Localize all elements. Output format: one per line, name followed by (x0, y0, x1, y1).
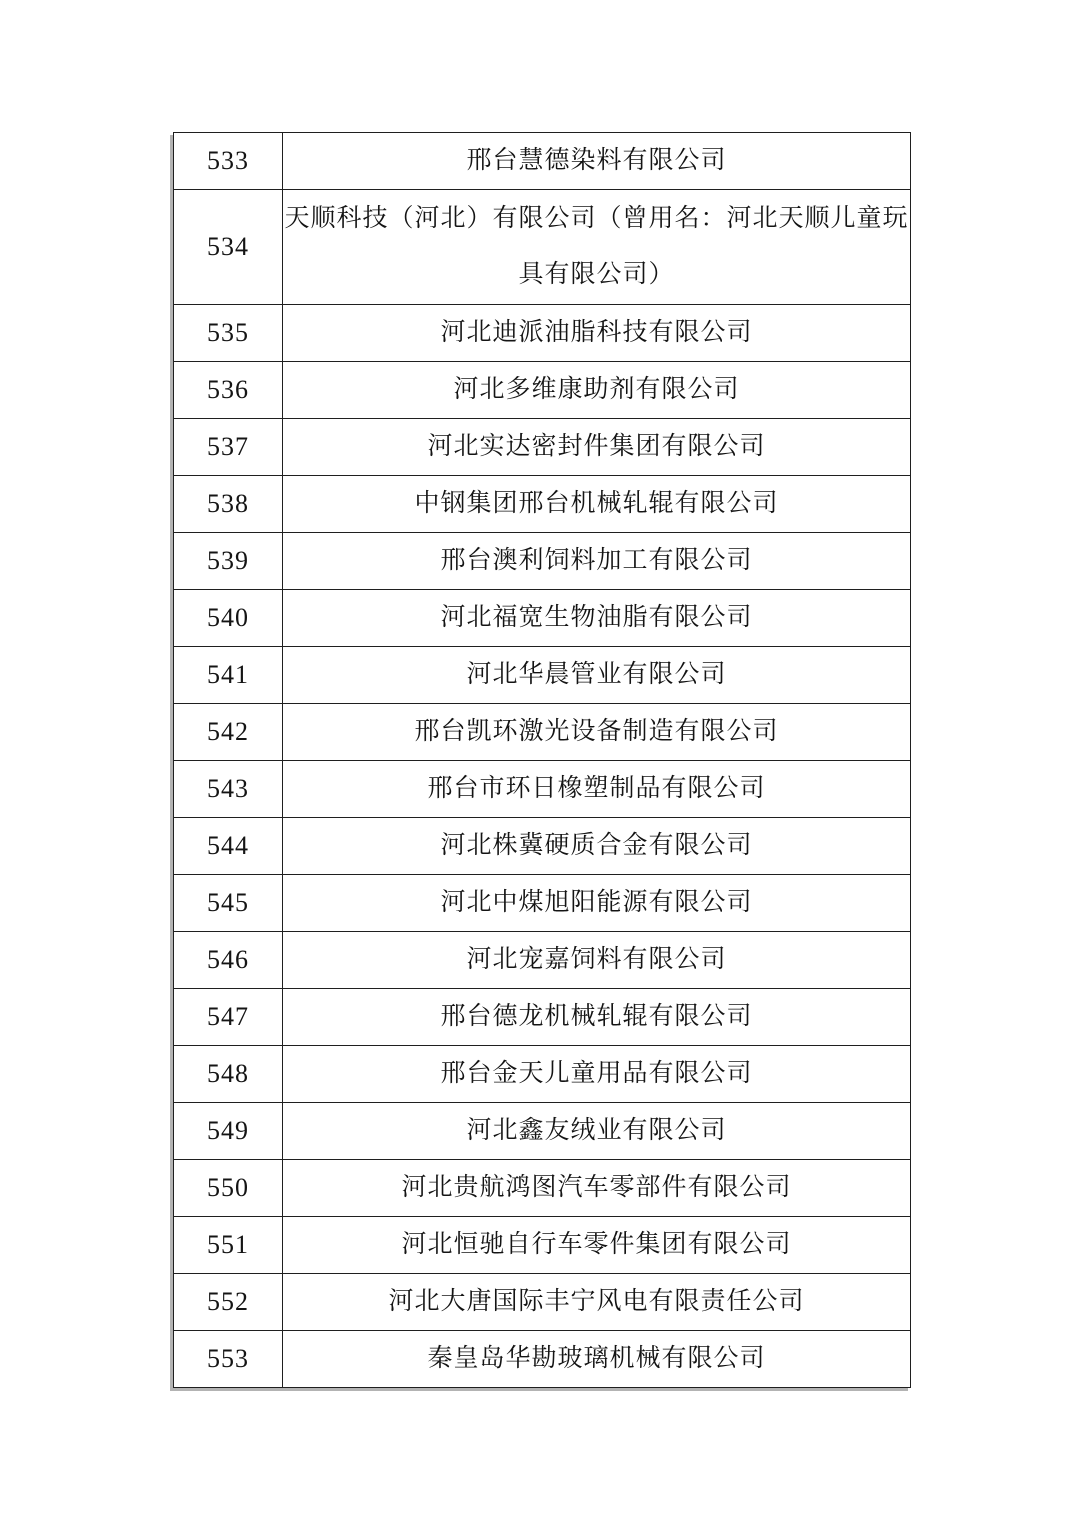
table-row: 546 河北宠嘉饲料有限公司 (174, 932, 911, 989)
company-name-cell: 河北鑫友绒业有限公司 (283, 1103, 911, 1160)
company-name-cell: 邢台市环日橡塑制品有限公司 (283, 761, 911, 818)
row-number-cell: 552 (174, 1274, 283, 1331)
table-row: 552 河北大唐国际丰宁风电有限责任公司 (174, 1274, 911, 1331)
row-number-cell: 543 (174, 761, 283, 818)
table-row: 548 邢台金天儿童用品有限公司 (174, 1046, 911, 1103)
row-number-cell: 537 (174, 419, 283, 476)
company-name-cell: 河北中煤旭阳能源有限公司 (283, 875, 911, 932)
company-name-cell: 中钢集团邢台机械轧辊有限公司 (283, 476, 911, 533)
company-name-cell: 邢台凯环激光设备制造有限公司 (283, 704, 911, 761)
row-number-cell: 539 (174, 533, 283, 590)
company-name-cell: 河北迪派油脂科技有限公司 (283, 305, 911, 362)
company-name-cell: 河北恒驰自行车零件集团有限公司 (283, 1217, 911, 1274)
company-name-cell: 天顺科技（河北）有限公司（曾用名：河北天顺儿童玩具有限公司） (283, 190, 911, 305)
company-table: 533 邢台慧德染料有限公司 534 天顺科技（河北）有限公司（曾用名：河北天顺… (173, 132, 911, 1388)
table-row: 551 河北恒驰自行车零件集团有限公司 (174, 1217, 911, 1274)
table-row: 549 河北鑫友绒业有限公司 (174, 1103, 911, 1160)
row-number-cell: 545 (174, 875, 283, 932)
row-number-cell: 535 (174, 305, 283, 362)
table-body: 533 邢台慧德染料有限公司 534 天顺科技（河北）有限公司（曾用名：河北天顺… (174, 133, 911, 1388)
row-number-cell: 536 (174, 362, 283, 419)
table-row: 535 河北迪派油脂科技有限公司 (174, 305, 911, 362)
table-row: 539 邢台澳利饲料加工有限公司 (174, 533, 911, 590)
company-name-cell: 河北贵航鸿图汽车零部件有限公司 (283, 1160, 911, 1217)
table-row: 540 河北福宽生物油脂有限公司 (174, 590, 911, 647)
table-row: 538 中钢集团邢台机械轧辊有限公司 (174, 476, 911, 533)
row-number-cell: 540 (174, 590, 283, 647)
company-name-cell: 河北华晨管业有限公司 (283, 647, 911, 704)
row-number-cell: 547 (174, 989, 283, 1046)
row-number-cell: 548 (174, 1046, 283, 1103)
table-row: 534 天顺科技（河北）有限公司（曾用名：河北天顺儿童玩具有限公司） (174, 190, 911, 305)
table-row: 537 河北实达密封件集团有限公司 (174, 419, 911, 476)
table-row: 543 邢台市环日橡塑制品有限公司 (174, 761, 911, 818)
company-name-cell: 邢台金天儿童用品有限公司 (283, 1046, 911, 1103)
table-row: 541 河北华晨管业有限公司 (174, 647, 911, 704)
row-number-cell: 550 (174, 1160, 283, 1217)
company-name-cell: 秦皇岛华勘玻璃机械有限公司 (283, 1331, 911, 1388)
table-row: 533 邢台慧德染料有限公司 (174, 133, 911, 190)
row-number-cell: 553 (174, 1331, 283, 1388)
row-number-cell: 538 (174, 476, 283, 533)
table-row: 553 秦皇岛华勘玻璃机械有限公司 (174, 1331, 911, 1388)
table-row: 536 河北多维康助剂有限公司 (174, 362, 911, 419)
company-name-cell: 河北株冀硬质合金有限公司 (283, 818, 911, 875)
table-row: 550 河北贵航鸿图汽车零部件有限公司 (174, 1160, 911, 1217)
company-name-cell: 河北宠嘉饲料有限公司 (283, 932, 911, 989)
company-name-cell: 河北多维康助剂有限公司 (283, 362, 911, 419)
company-name-cell: 邢台澳利饲料加工有限公司 (283, 533, 911, 590)
table-row: 545 河北中煤旭阳能源有限公司 (174, 875, 911, 932)
row-number-cell: 534 (174, 190, 283, 305)
row-number-cell: 533 (174, 133, 283, 190)
company-name-cell: 河北福宽生物油脂有限公司 (283, 590, 911, 647)
company-name-cell: 邢台德龙机械轧辊有限公司 (283, 989, 911, 1046)
row-number-cell: 544 (174, 818, 283, 875)
row-number-cell: 551 (174, 1217, 283, 1274)
table-row: 547 邢台德龙机械轧辊有限公司 (174, 989, 911, 1046)
row-number-cell: 549 (174, 1103, 283, 1160)
company-name-cell: 河北实达密封件集团有限公司 (283, 419, 911, 476)
company-name-cell: 邢台慧德染料有限公司 (283, 133, 911, 190)
row-number-cell: 541 (174, 647, 283, 704)
table-row: 544 河北株冀硬质合金有限公司 (174, 818, 911, 875)
table-row: 542 邢台凯环激光设备制造有限公司 (174, 704, 911, 761)
row-number-cell: 546 (174, 932, 283, 989)
document-page: 533 邢台慧德染料有限公司 534 天顺科技（河北）有限公司（曾用名：河北天顺… (0, 0, 1080, 1527)
company-name-cell: 河北大唐国际丰宁风电有限责任公司 (283, 1274, 911, 1331)
row-number-cell: 542 (174, 704, 283, 761)
